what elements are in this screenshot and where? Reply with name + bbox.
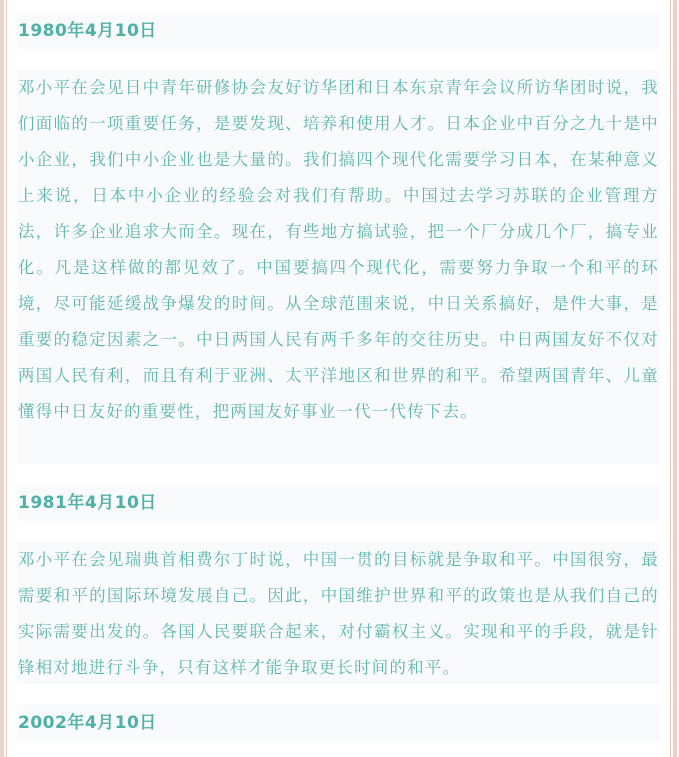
date-heading-2002: 2002年4月10日 [17,705,660,741]
left-frame-border [0,0,4,757]
date-heading-1981: 1981年4月10日 [17,485,660,521]
entry-paragraph-1980: 邓小平在会见日中青年研修协会友好访华团和日本东京青年会议所访华团时说，我们面临的… [17,70,660,464]
right-frame-border [673,0,677,757]
left-frame-inner-line [6,0,7,757]
date-heading-1980: 1980年4月10日 [17,13,660,49]
entry-paragraph-1981: 邓小平在会见瑞典首相费尔丁时说，中国一贯的目标就是争取和平。中国很穷，最需要和平… [17,542,660,684]
article-content: 1980年4月10日 邓小平在会见日中青年研修协会友好访华团和日本东京青年会议所… [17,13,660,757]
right-frame-inner-line [670,0,671,757]
